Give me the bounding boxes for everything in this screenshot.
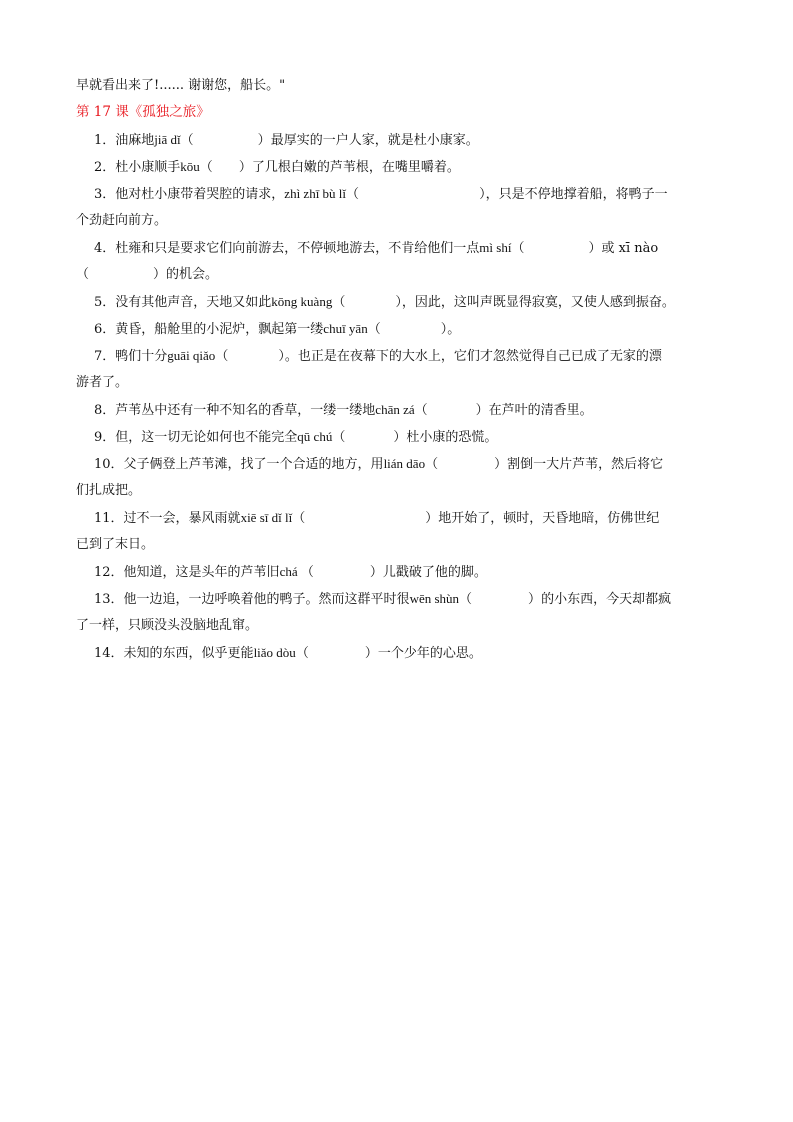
item-text: 。 [447, 322, 460, 337]
exercise-item: 8．芦苇丛中还有一种不知名的香草，一缕一缕地chān zá（）在芦叶的清香里。 [76, 396, 726, 423]
item-text: 们扎成把。 [76, 483, 141, 498]
exercise-item-continuation: （）的机会。 [76, 261, 726, 288]
item-text: ）的机会。 [153, 267, 218, 282]
item-number: 6． [94, 322, 115, 337]
item-text: 油麻地 [115, 133, 154, 148]
item-number: 7． [94, 349, 115, 364]
paren-close: ） [528, 592, 541, 607]
item-text: 个劲赶向前方。 [76, 213, 167, 228]
exercise-item-continuation: 游者了。 [76, 369, 726, 396]
exercise-item: 1．油麻地jiā dǐ（）最厚实的一户人家，就是杜小康家。 [76, 126, 726, 153]
exercise-item: 3．他对杜小康带着哭腔的请求，zhì zhī bù lǐ（），只是不停地撑着船，… [76, 180, 726, 207]
item-number: 8． [94, 403, 115, 418]
item-text: 一个少年的心思。 [378, 646, 482, 661]
item-text: 了一样，只顾没头没脑地乱窜。 [76, 618, 258, 633]
paren-open: （ [296, 646, 309, 661]
exercise-item: 13．他一边追，一边呼唤着他的鸭子。然而这群平时很wēn shùn（）的小东西，… [76, 585, 726, 612]
item-text: 了几根白嫩的芦苇根，在嘴里嚼着。 [252, 160, 460, 175]
item-text: 他一边追，一边呼唤着他的鸭子。然而这群平时很 [124, 592, 410, 607]
lesson-title: 第 17 课《孤独之旅》 [76, 99, 726, 126]
pinyin-prompt: chān zá [375, 402, 414, 417]
item-number: 12． [94, 565, 124, 580]
item-number: 3． [94, 187, 115, 202]
pinyin-prompt: jiā dǐ [154, 132, 180, 147]
exercise-item: 10．父子俩登上芦苇滩，找了一个合适的地方，用lián dāo（）割倒一大片芦苇… [76, 450, 726, 477]
item-text: 杜小康的恐慌。 [406, 430, 497, 445]
item-text: 他知道，这是头年的芦苇旧 [124, 565, 280, 580]
pinyin-prompt: xiē sī dǐ lǐ [241, 510, 293, 525]
pinyin-prompt: chuī yān [323, 321, 367, 336]
exercise-item-continuation: 已到了末日。 [76, 531, 726, 558]
item-number: 13． [94, 592, 124, 607]
paren-close: ） [370, 565, 383, 580]
paren-close: ） [365, 646, 378, 661]
pinyin-prompt: kōng kuàng [271, 294, 332, 309]
pinyin-prompt: liǎo dòu [254, 645, 296, 660]
paren-close: ） [476, 403, 489, 418]
paren-close: ） [588, 241, 601, 256]
paren-open: （ [425, 457, 438, 472]
item-text: 芦苇丛中还有一种不知名的香草，一缕一缕地 [115, 403, 375, 418]
paren-open: （ [332, 295, 345, 310]
pinyin-prompt: chá [280, 564, 301, 579]
exercise-item: 5．没有其他声音，天地又如此kōng kuàng（），因此，这叫声既显得寂寞，又… [76, 288, 726, 315]
pinyin-prompt: zhì zhī bù lǐ [284, 186, 346, 201]
item-number: 5． [94, 295, 115, 310]
item-text: 已到了末日。 [76, 537, 154, 552]
paren-close: ） [425, 511, 438, 526]
exercise-item: 7．鸭们十分guāi qiǎo（）。也正是在夜幕下的大水上，它们才忽然觉得自己已… [76, 342, 726, 369]
pinyin-prompt: mì shí [479, 240, 511, 255]
item-text: 杜小康顺手 [115, 160, 180, 175]
paren-open: （ [215, 349, 228, 364]
exercise-item: 9．但，这一切无论如何也不能完全qū chú（）杜小康的恐慌。 [76, 423, 726, 450]
paren-close: ） [258, 133, 271, 148]
item-number: 4． [94, 241, 115, 256]
exercise-item: 11．过不一会，暴风雨就xiē sī dǐ lǐ（）地开始了，顿时，天昏地暗，仿… [76, 504, 726, 531]
paren-open: （ [415, 403, 428, 418]
item-text: 最厚实的一户人家，就是杜小康家。 [271, 133, 479, 148]
item-text: 杜雍和只是要求它们向前游去，不停顿地游去，不肯给他们一点 [115, 241, 479, 256]
item-text: 未知的东西，似乎更能 [124, 646, 254, 661]
paren-open: （ [181, 133, 194, 148]
paren-open: （ [292, 511, 305, 526]
paren-open: （ [511, 241, 524, 256]
item-text: 但，这一切无论如何也不能完全 [115, 430, 297, 445]
item-text: 游者了。 [76, 375, 128, 390]
pinyin-prompt: wēn shùn [410, 591, 459, 606]
exercise-item: 4．杜雍和只是要求它们向前游去，不停顿地游去，不肯给他们一点mì shí（）或 … [76, 234, 726, 261]
item-text: 。也正是在夜幕下的大水上，它们才忽然觉得自己已成了无家的漂 [285, 349, 662, 364]
item-text: 儿戳破了他的脚。 [383, 565, 487, 580]
item-text: 或 xī nào [601, 241, 658, 256]
exercise-item: 14．未知的东西，似乎更能liǎo dòu（）一个少年的心思。 [76, 639, 726, 666]
item-text: 没有其他声音，天地又如此 [115, 295, 271, 310]
paren-close: ） [494, 457, 507, 472]
item-number: 2． [94, 160, 115, 175]
item-text: 过不一会，暴风雨就 [124, 511, 241, 526]
paren-open: （ [301, 565, 314, 580]
exercise-item-continuation: 们扎成把。 [76, 477, 726, 504]
paren-open: （ [368, 322, 381, 337]
item-number: 11． [94, 511, 124, 526]
item-text: ，只是不停地撑着船，将鸭子一 [486, 187, 668, 202]
pinyin-prompt: qū chú [297, 429, 332, 444]
item-number: 1． [94, 133, 115, 148]
pinyin-prompt: guāi qiǎo [167, 348, 215, 363]
item-number: 14． [94, 646, 124, 661]
item-number: 10． [94, 457, 124, 472]
exercise-item: 6．黄昏，船舱里的小泥炉，飘起第一缕chuī yān（）。 [76, 315, 726, 342]
intro-line: 早就看出来了!...... 谢谢您，船长。" [76, 72, 726, 99]
item-text: ，因此，这叫声既显得寂寞，又使人感到振奋。 [402, 295, 675, 310]
exercise-item-continuation: 个劲赶向前方。 [76, 207, 726, 234]
paren-open: （ [346, 187, 359, 202]
document-page: 早就看出来了!...... 谢谢您，船长。" 第 17 课《孤独之旅》 1．油麻… [76, 72, 726, 666]
item-text: 割倒一大片芦苇，然后将它 [507, 457, 663, 472]
paren-open: （ [459, 592, 472, 607]
paren-close: ） [393, 430, 406, 445]
item-text: 鸭们十分 [115, 349, 167, 364]
item-text: 黄昏，船舱里的小泥炉，飘起第一缕 [115, 322, 323, 337]
paren-close: ） [239, 160, 252, 175]
exercise-item: 12．他知道，这是头年的芦苇旧chá （）儿戳破了他的脚。 [76, 558, 726, 585]
paren-open: （ [332, 430, 345, 445]
exercise-item-continuation: 了一样，只顾没头没脑地乱窜。 [76, 612, 726, 639]
item-text: 他对杜小康带着哭腔的请求， [115, 187, 284, 202]
exercise-item: 2．杜小康顺手kōu（）了几根白嫩的芦苇根，在嘴里嚼着。 [76, 153, 726, 180]
pinyin-prompt: lián dāo [384, 456, 426, 471]
item-text: 地开始了，顿时，天昏地暗，仿佛世纪 [438, 511, 659, 526]
item-text: 父子俩登上芦苇滩，找了一个合适的地方，用 [124, 457, 384, 472]
item-number: 9． [94, 430, 115, 445]
item-text: 在芦叶的清香里。 [489, 403, 593, 418]
paren-open: （ [76, 267, 89, 282]
pinyin-prompt: kōu [180, 159, 200, 174]
item-text: 的小东西，今天却都疯 [541, 592, 671, 607]
exercise-list: 1．油麻地jiā dǐ（）最厚实的一户人家，就是杜小康家。2．杜小康顺手kōu（… [76, 126, 726, 666]
paren-open: （ [200, 160, 213, 175]
